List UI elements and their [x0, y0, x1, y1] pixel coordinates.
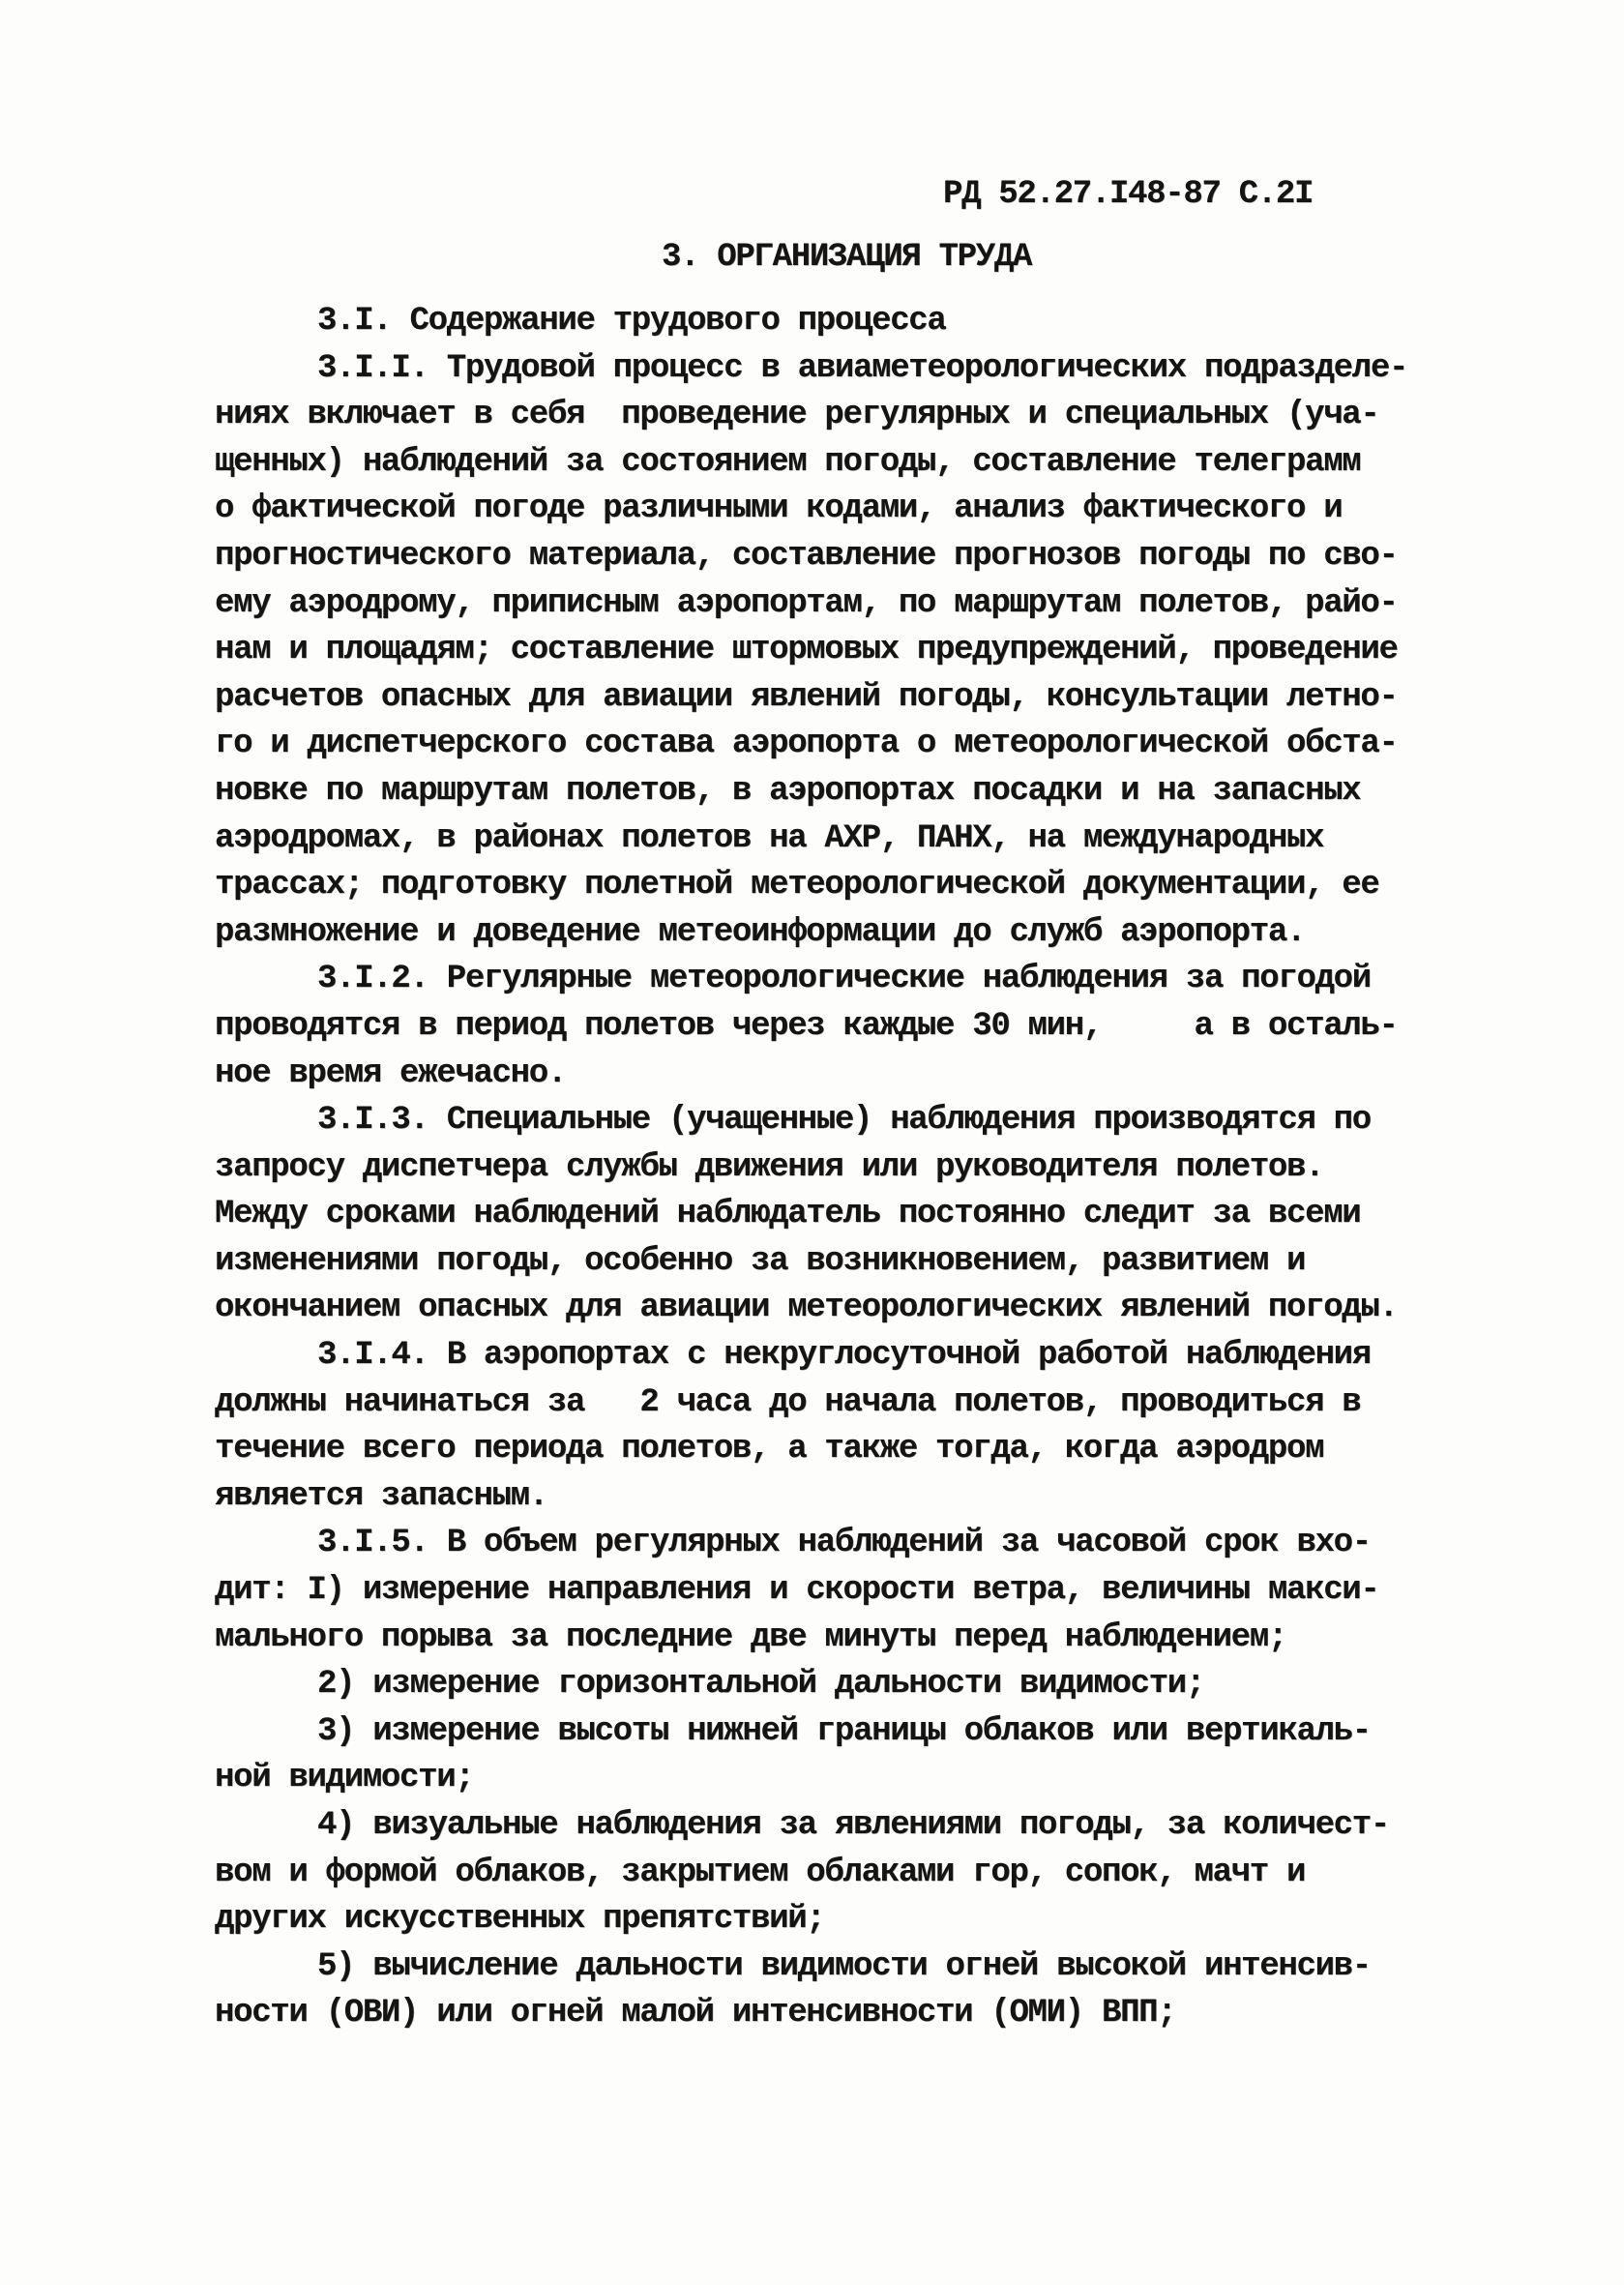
- text-line: является запасным.: [215, 1473, 1472, 1521]
- text-line: должны начинаться за 2 часа до начала по…: [215, 1380, 1472, 1427]
- text-line: 2) измерение горизонтальной дальности ви…: [215, 1661, 1472, 1708]
- text-line: 3.I.2. Регулярные метеорологические набл…: [215, 956, 1472, 1003]
- text-line: изменениями погоды, особенно за возникно…: [215, 1238, 1472, 1286]
- section-title: 3. ОРГАНИЗАЦИЯ ТРУДА: [662, 234, 1031, 282]
- text-line: дит: I) измерение направления и скорости…: [215, 1567, 1472, 1615]
- text-line: 3.I.3. Специальные (учащенные) наблюдени…: [215, 1097, 1472, 1144]
- text-line: щенных) наблюдений за состоянием погоды,…: [215, 439, 1472, 487]
- text-line: 3.I.5. В объем регулярных наблюдений за …: [215, 1520, 1472, 1567]
- document-code: РД 52.27.I48-87 С.2I: [943, 171, 1313, 219]
- text-line: ему аэродрому, приписным аэропортам, по …: [215, 580, 1472, 628]
- text-line: других искусственных препятствий;: [215, 1896, 1472, 1944]
- text-line: мального порыва за последние две минуты …: [215, 1615, 1472, 1662]
- text-line: проводятся в период полетов через каждые…: [215, 1003, 1472, 1051]
- text-line: расчетов опасных для авиации явлений пог…: [215, 674, 1472, 722]
- document-lines: 3.I. Содержание трудового процесса3.I.I.…: [215, 298, 1472, 2037]
- text-line: 3.I.4. В аэропортах с некруглосуточной р…: [215, 1332, 1472, 1380]
- text-line: вом и формой облаков, закрытием облаками…: [215, 1850, 1472, 1897]
- text-line: новке по маршрутам полетов, в аэропортах…: [215, 768, 1472, 816]
- text-line: 3.I.I. Трудовой процесс в авиаметеоролог…: [215, 345, 1472, 393]
- text-line: ной видимости;: [215, 1755, 1472, 1802]
- text-line: нам и площадям; составление штормовых пр…: [215, 627, 1472, 674]
- text-line: Между сроками наблюдений наблюдатель пос…: [215, 1191, 1472, 1238]
- text-line: размножение и доведение метеоинформации …: [215, 909, 1472, 957]
- text-line: течение всего периода полетов, а также т…: [215, 1426, 1472, 1473]
- text-line: аэродромах, в районах полетов на АХР, ПА…: [215, 816, 1472, 863]
- text-line: прогностического материала, составление …: [215, 533, 1472, 580]
- text-line: 3.I. Содержание трудового процесса: [215, 298, 1472, 345]
- text-line: 4) визуальные наблюдения за явлениями по…: [215, 1802, 1472, 1850]
- text-line: окончанием опасных для авиации метеороло…: [215, 1285, 1472, 1332]
- text-line: о фактической погоде различными кодами, …: [215, 486, 1472, 533]
- text-line: 3) измерение высоты нижней границы облак…: [215, 1708, 1472, 1756]
- text-line: 5) вычисление дальности видимости огней …: [215, 1944, 1472, 1991]
- text-line: ности (ОВИ) или огней малой интенсивност…: [215, 1990, 1472, 2037]
- scanned-document-page: РД 52.27.I48-87 С.2I 3. ОРГАНИЗАЦИЯ ТРУД…: [0, 0, 1624, 2285]
- text-line: го и диспетчерского состава аэропорта о …: [215, 721, 1472, 768]
- text-line: ное время ежечасно.: [215, 1051, 1472, 1098]
- text-line: трассах; подготовку полетной метеорологи…: [215, 862, 1472, 909]
- text-line: запросу диспетчера службы движения или р…: [215, 1144, 1472, 1192]
- text-line: ниях включает в себя проведение регулярн…: [215, 392, 1472, 439]
